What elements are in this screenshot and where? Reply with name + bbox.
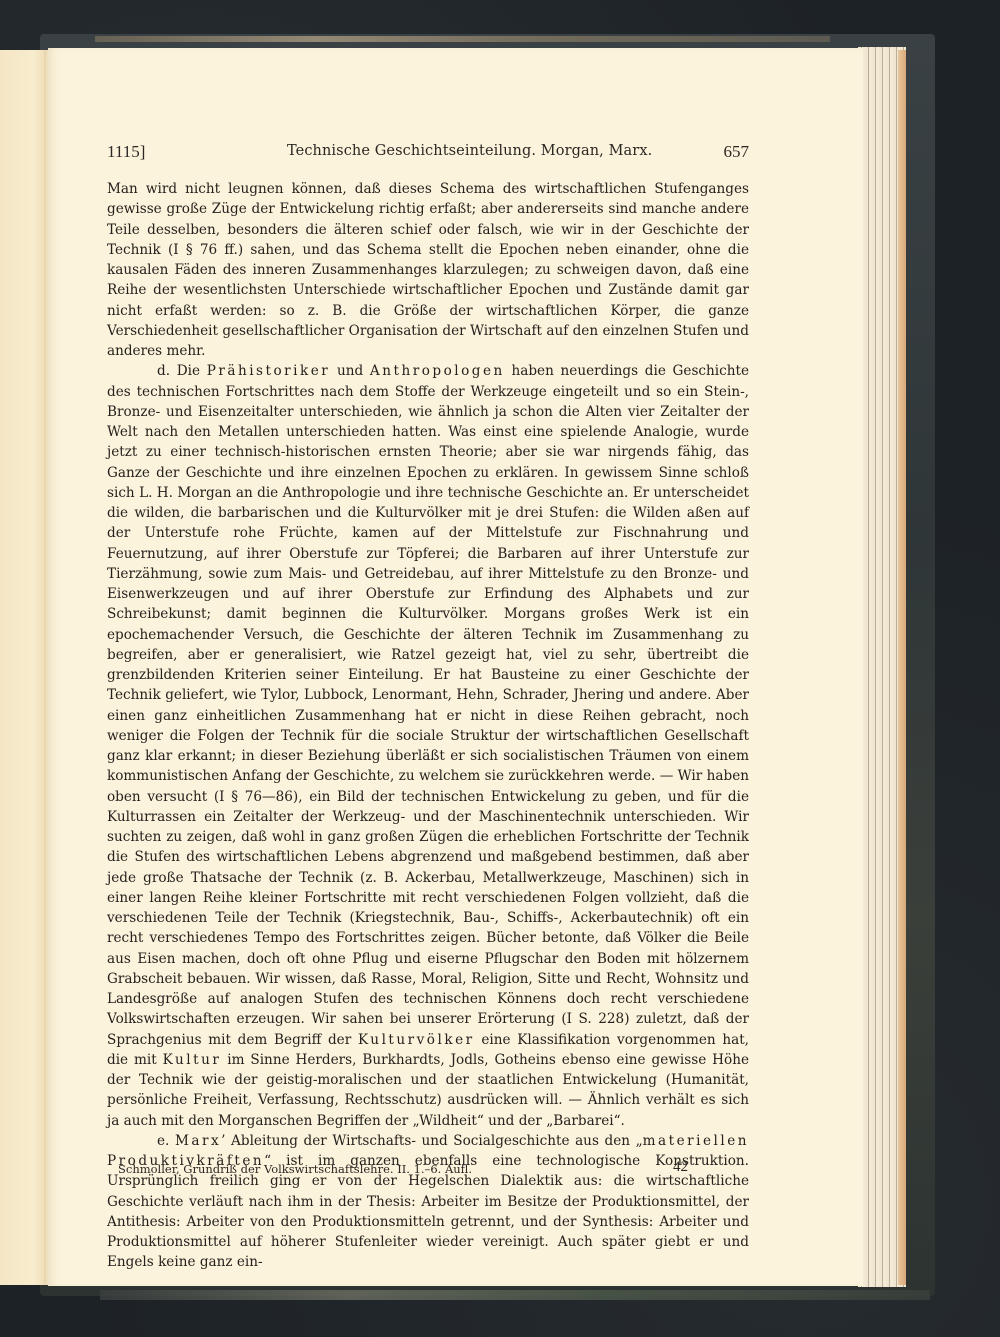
- running-header: 1115] Technische Geschichtseinteilung. M…: [107, 142, 749, 166]
- page-fore-edge: [898, 50, 906, 1285]
- paragraph-d-prehistorians: d. Die Prähistoriker und Anthropologen h…: [107, 361, 749, 1131]
- emphasis-kultur: Kultur: [163, 1052, 222, 1068]
- emphasis-kulturvoelker: Kulturvölker: [358, 1032, 475, 1048]
- paragraph-text: Man wird nicht leugnen können, daß diese…: [107, 181, 749, 359]
- page-footer: Schmoller, Grundriß der Volkswirtschafts…: [118, 1162, 698, 1180]
- paragraph-lead: Die: [177, 363, 200, 379]
- cover-bottom-edge: [100, 1290, 930, 1300]
- section-label: e.: [157, 1133, 169, 1149]
- running-title: Technische Geschichtseinteilung. Morgan,…: [287, 143, 652, 159]
- left-facing-page: [0, 50, 48, 1285]
- page-number: 657: [724, 142, 750, 162]
- paragraph-lead-rest: ’ Ableitung der Wirtschafts- und Socialg…: [221, 1133, 642, 1149]
- cover-top-edge: [95, 36, 830, 42]
- page-reference: 1115]: [107, 142, 145, 162]
- emphasis-anthropologists: Anthropologen: [370, 363, 505, 379]
- section-label: d.: [157, 363, 170, 379]
- conjunction: und: [337, 363, 363, 379]
- source-line: Schmoller, Grundriß der Volkswirtschafts…: [118, 1162, 472, 1176]
- emphasis-prehistorians: Prähistoriker: [207, 363, 331, 379]
- signature-mark: 42: [673, 1159, 688, 1176]
- emphasis-marx: Marx: [175, 1133, 221, 1149]
- paragraph-e-marx: e. Marx’ Ableitung der Wirtschafts- und …: [107, 1131, 749, 1273]
- paragraph-text: haben neuerdings die Geschichte des tech…: [107, 363, 749, 1047]
- paragraph-schema: Man wird nicht leugnen können, daß diese…: [107, 179, 749, 361]
- body-text: Man wird nicht leugnen können, daß diese…: [107, 179, 749, 1273]
